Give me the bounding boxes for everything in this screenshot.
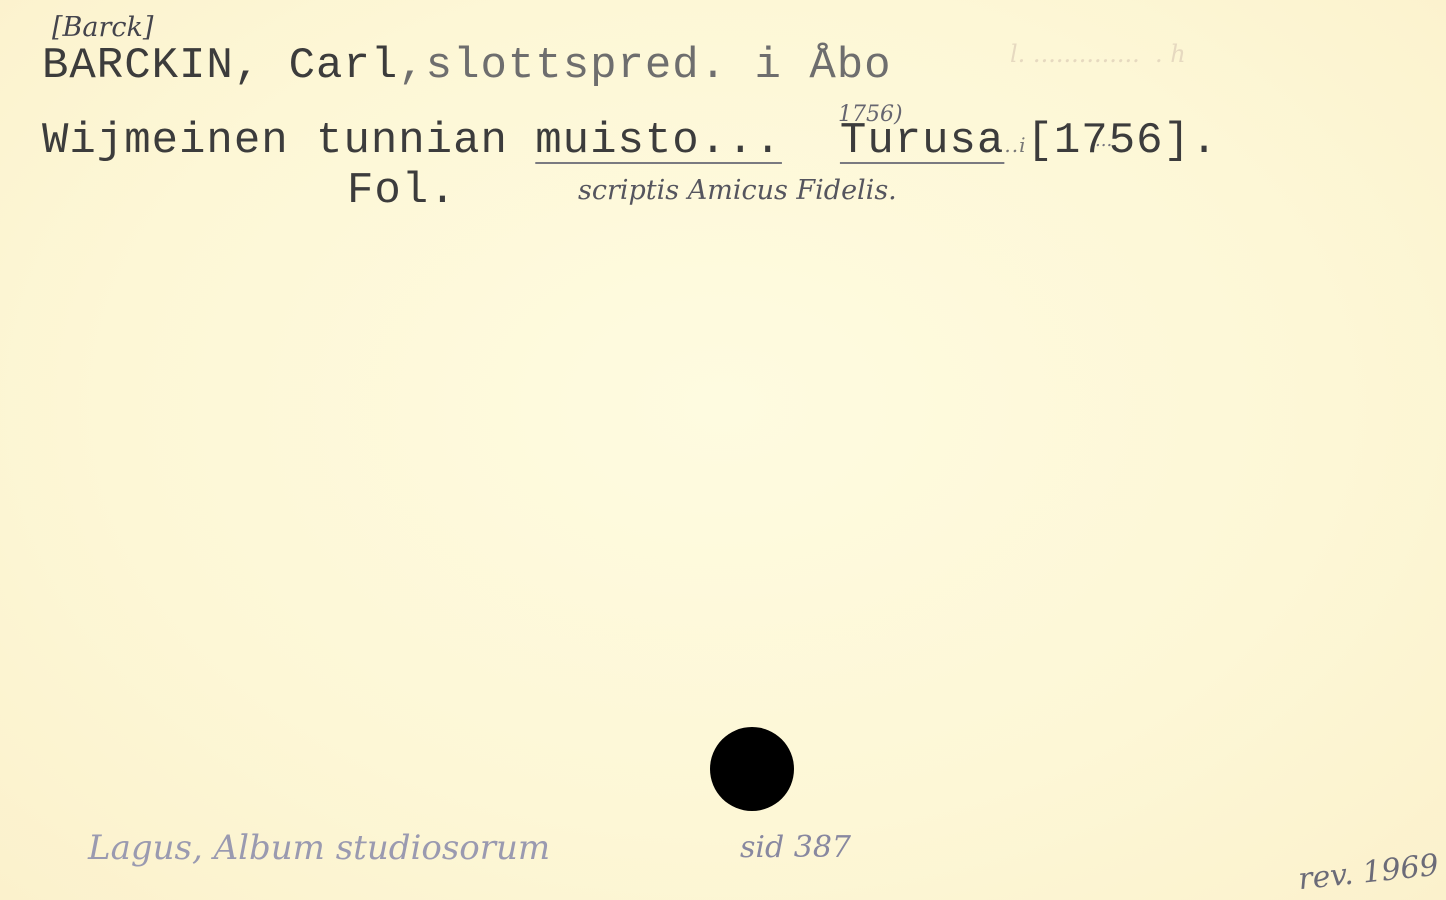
faint-pencil-trace: l. .............. . h <box>1010 40 1186 68</box>
revision-note: rev. 1969 <box>1297 848 1441 898</box>
catalog-card: [Barck] l. .............. . h BARCKIN, C… <box>0 0 1446 900</box>
author-pseudonym-note: scriptis Amicus Fidelis. <box>578 175 897 206</box>
author-name: BARCKIN, Carl <box>42 41 398 91</box>
title-prefix: Wijmeinen tunnian <box>42 116 535 166</box>
place-suffix: ..i <box>1004 133 1026 157</box>
shelf-mark: [Barck] <box>52 12 153 43</box>
handwritten-dots: ... <box>1095 130 1112 151</box>
title-end: . <box>1191 116 1218 166</box>
format-line: Fol. <box>347 165 457 217</box>
source-note: Lagus, Album studiosorum <box>88 828 550 868</box>
punch-hole <box>710 727 794 811</box>
heading-line: BARCKIN, Carl,slottspred. i Åbo <box>42 40 892 92</box>
publication-place: Turusa <box>840 116 1004 166</box>
title-line: Wijmeinen tunnian muisto...Turusa..i[175… <box>42 115 1218 171</box>
author-role: ,slottspred. i Åbo <box>398 41 891 91</box>
page-reference: sid 387 <box>740 830 851 865</box>
title-underlined: muisto... <box>535 116 782 166</box>
